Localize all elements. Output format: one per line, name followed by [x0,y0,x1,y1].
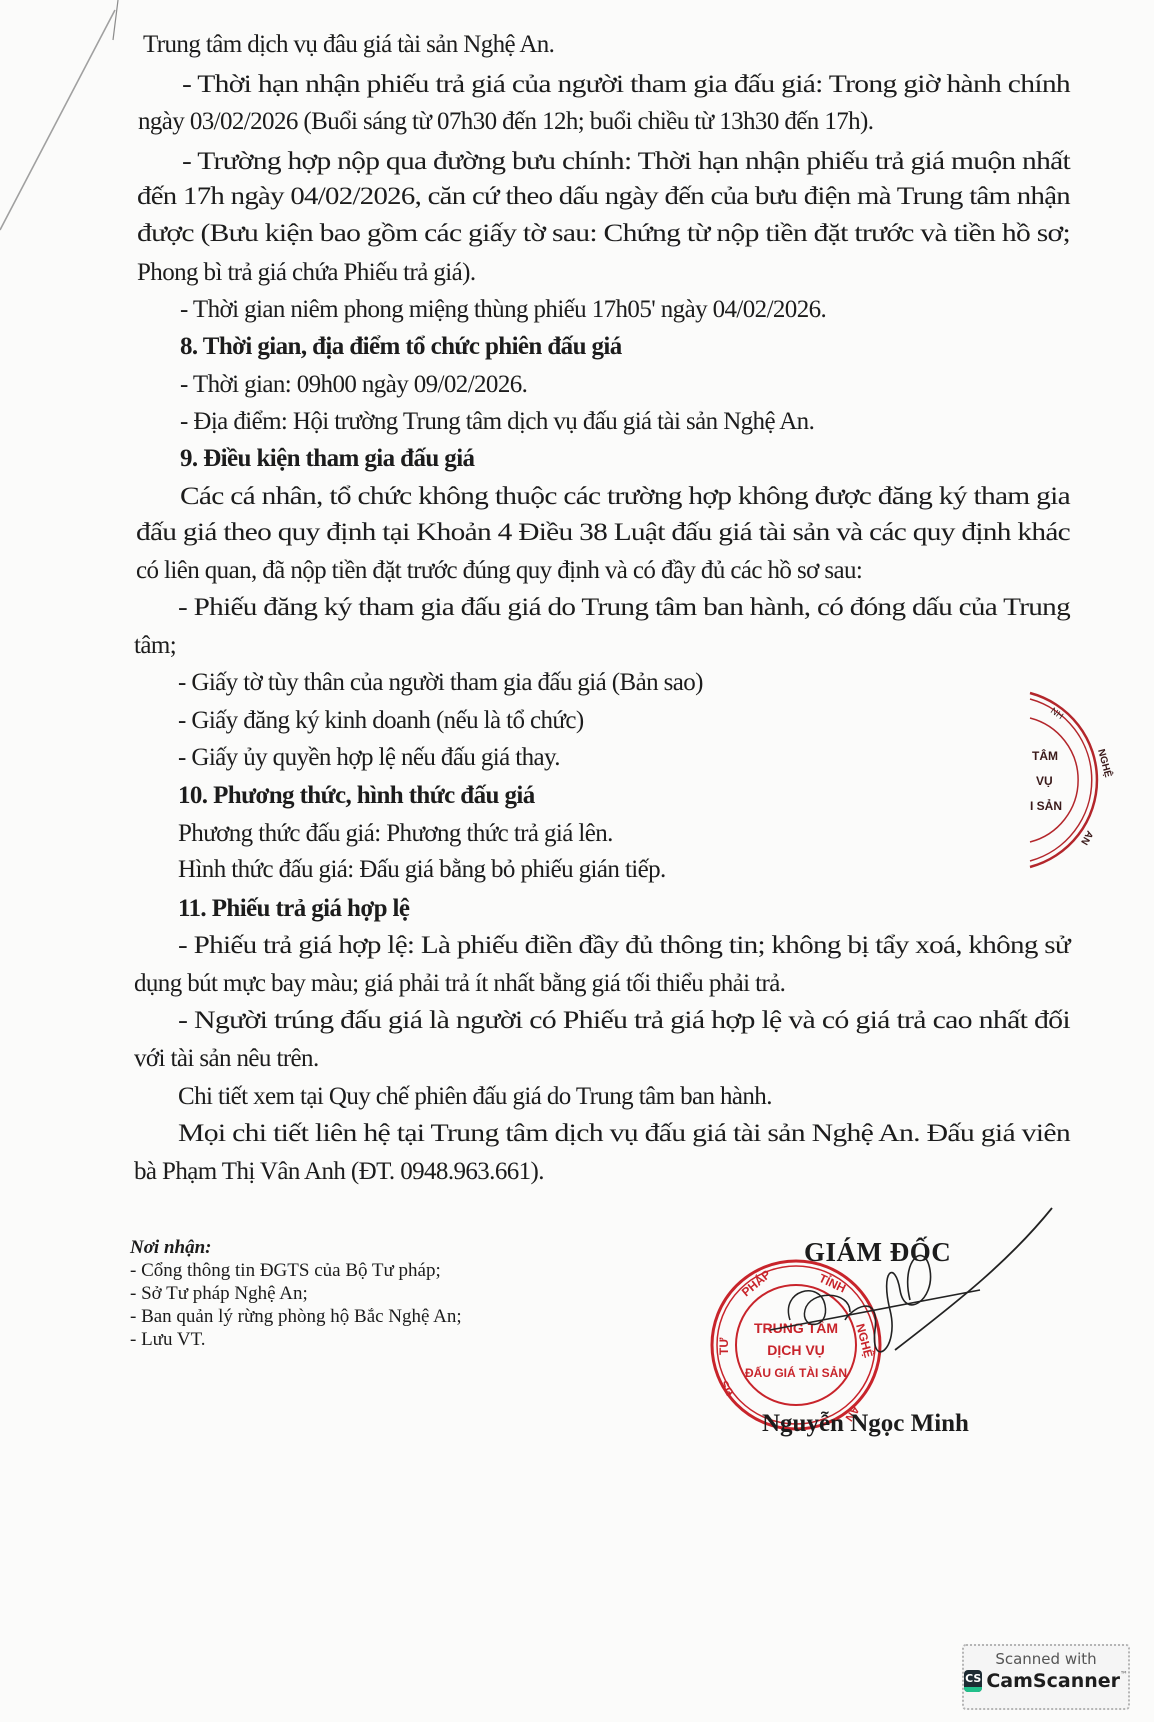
body-text-line: Phong bì trả giá chứa Phiếu trả giá). [137,258,475,288]
body-text-line: đấu giá theo quy định tại Khoản 4 Điều 3… [136,518,1070,548]
body-text-line: Mọi chi tiết liên hệ tại Trung tâm dịch … [178,1119,1070,1149]
body-text-line: - Trường hợp nộp qua đường bưu chính: Th… [182,147,1070,177]
trademark-mark: ™ [1120,1670,1128,1679]
recipients-block: Nơi nhận: - Cổng thông tin ĐGTS của Bộ T… [130,1236,462,1351]
section-heading: 10. Phương thức, hình thức đấu giá [178,781,535,811]
body-text-line: dụng bút mực bay màu; giá phải trả ít nh… [134,969,785,999]
body-text-line: bà Phạm Thị Vân Anh (ĐT. 0948.963.661). [134,1157,544,1187]
body-text-line: - Thời gian: 09h00 ngày 09/02/2026. [180,370,527,400]
signatory-name: Nguyễn Ngọc Minh [762,1410,969,1438]
body-text-line: - Giấy ủy quyền hợp lệ nếu đấu giá thay. [178,743,560,773]
recipient-item: - Sở Tư pháp Nghệ An; [130,1282,462,1305]
body-text-line: Phương thức đấu giá: Phương thức trả giá… [178,819,613,849]
svg-text:TƯ: TƯ [717,1338,731,1355]
side-stamp-line: TÂM [1032,748,1058,763]
body-text-line: - Người trúng đấu giá là người có Phiếu … [178,1006,1070,1036]
recipient-item: - Cổng thông tin ĐGTS của Bộ Tư pháp; [130,1259,462,1282]
section-heading: 9. Điều kiện tham gia đấu giá [180,444,474,474]
camscanner-watermark: Scanned with CS CamScanner ™ [962,1644,1130,1710]
body-text-line: đến 17h ngày 04/02/2026, căn cứ theo dấu… [137,182,1070,212]
body-text-line: - Phiếu đăng ký tham gia đấu giá do Trun… [178,593,1070,623]
recipient-item: - Ban quản lý rừng phòng hộ Bắc Nghệ An; [130,1305,462,1328]
section-heading: 11. Phiếu trả giá hợp lệ [178,894,409,924]
body-text-line: - Phiếu trả giá hợp lệ: Là phiếu điền đầ… [178,931,1070,961]
body-text-line: - Thời hạn nhận phiếu trả giá của người … [182,70,1070,100]
side-stamp: TÂM VỤ I SẢN NH NGHỆ AN [1020,690,1130,870]
watermark-brand: CamScanner [986,1670,1120,1692]
body-text-line: Trung tâm dịch vụ đâu giá tài sản Nghệ A… [143,30,554,60]
body-text-line: - Địa điểm: Hội trường Trung tâm dịch vụ… [180,407,814,437]
body-text-line: - Giấy đăng ký kinh doanh (nếu là tổ chứ… [178,706,584,736]
body-text-line: tâm; [134,631,176,661]
body-text-line: - Thời gian niêm phong miệng thùng phiếu… [180,295,826,325]
body-text-line: Chi tiết xem tại Quy chế phiên đấu giá d… [178,1082,772,1112]
section-heading: 8. Thời gian, địa điểm tổ chức phiên đấu… [180,332,622,362]
camscanner-logo-icon: CS [964,1670,982,1692]
body-text-line: có liên quan, đã nộp tiền đặt trước đúng… [136,556,862,586]
svg-text:NGHỆ: NGHỆ [1095,747,1115,779]
side-stamp-line: VỤ [1036,774,1053,788]
handwritten-signature [730,1200,1070,1400]
body-text-line: Các cá nhân, tổ chức không thuộc các trư… [180,482,1070,512]
side-stamp-line: I SẢN [1030,798,1062,813]
watermark-caption: Scanned with [964,1650,1128,1668]
recipient-item: - Lưu VT. [130,1328,462,1351]
body-text-line: ngày 03/02/2026 (Buổi sáng từ 07h30 đến … [138,107,873,137]
body-text-line: được (Bưu kiện bao gồm các giấy tờ sau: … [137,219,1070,249]
body-text-line: với tài sản nêu trên. [134,1044,319,1074]
body-text-line: - Giấy tờ tùy thân của người tham gia đấ… [178,668,703,698]
paper-fold-line [0,0,130,260]
recipients-title: Nơi nhận: [130,1236,462,1259]
body-text-line: Hình thức đấu giá: Đấu giá bằng bỏ phiếu… [178,855,666,885]
